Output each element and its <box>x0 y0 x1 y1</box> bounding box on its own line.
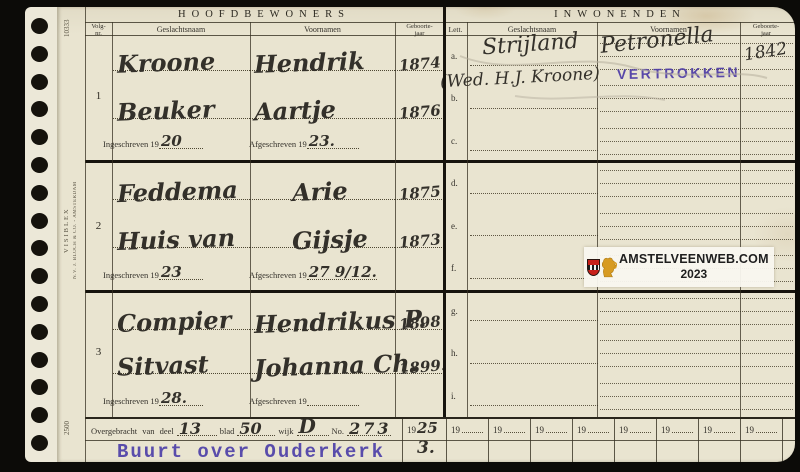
firstname-entry: Arie <box>292 176 349 207</box>
year-cell: 19 <box>614 417 656 440</box>
punch-hole <box>31 213 48 229</box>
grid-line <box>85 7 86 462</box>
year-cell: 19 <box>446 417 488 440</box>
note-3: 3. <box>417 438 435 458</box>
volgnummer: 2 <box>85 220 112 232</box>
no-value: 273 <box>349 419 391 438</box>
surname-entry: Beuker <box>117 94 215 126</box>
hoofdbewoner-block-3: 3 Compier Hendrikus P. 1898 Sitvast Joha… <box>85 294 444 417</box>
afgeschreven-value: 23. <box>309 132 335 150</box>
year-cell-filled: 19 25 <box>402 417 446 440</box>
surname-entry: Feddema <box>117 175 239 208</box>
name-line: Huis van Gijsje 1873 <box>113 214 443 248</box>
watermark-site: AMSTELVEENWEB.COM <box>619 252 769 267</box>
punch-hole <box>31 157 48 173</box>
afgeschreven-label: Afgeschreven 19 <box>249 139 307 149</box>
row-letter: e. <box>451 221 457 231</box>
name-line: Feddema Arie 1875 <box>113 166 443 200</box>
punch-hole <box>31 185 48 201</box>
firstname-entry: Gijsje <box>292 224 369 256</box>
inwonenden-row-d: d. <box>445 162 795 204</box>
admin-line: Ingeschreven 19 23 Afgeschreven 19 27 9/… <box>103 270 433 280</box>
grid-line <box>85 440 795 441</box>
punch-hole-strip <box>25 7 57 462</box>
wijk-label: wijk <box>278 426 293 436</box>
overgebracht-label: Overgebracht van deel <box>91 426 174 436</box>
punch-hole <box>31 74 48 90</box>
grid-line <box>250 22 251 417</box>
watermark-amstelveenweb: AMSTELVEENWEB.COM 2023 <box>584 247 774 287</box>
punch-hole <box>31 296 48 312</box>
section-title-hoofdbewoners: HOOFDBEWONERS <box>178 9 350 20</box>
surname-entry: Sitvast <box>117 349 210 381</box>
ingeschreven-value: 20 <box>161 132 182 150</box>
year-cell: 19 <box>488 417 530 440</box>
firstname-entry: Aartje <box>254 95 337 127</box>
punch-hole <box>31 18 48 34</box>
grid-line <box>85 290 795 293</box>
punch-hole <box>31 46 48 62</box>
birthyear-entry: 1876 <box>398 101 441 123</box>
pencil-scribble <box>455 38 775 108</box>
name-line: Beuker Aartje 1876 <box>113 85 443 119</box>
admin-line: Ingeschreven 19 20 Afgeschreven 19 23. <box>103 139 433 149</box>
year-cell: 19 <box>740 417 782 440</box>
hoofdbewoner-block-1: 1 Kroone Hendrik 1874 Beuker Aartje 1876… <box>85 35 444 161</box>
afgeschreven-value: 27 9/12. <box>309 263 377 281</box>
row-letter: h. <box>451 348 458 358</box>
watermark-year: 2023 <box>681 267 708 281</box>
year-cell: 19 <box>530 417 572 440</box>
firstname-entry: Johanna Ch. <box>254 348 419 383</box>
punch-hole <box>31 324 48 340</box>
deel-value: 13 <box>179 419 201 438</box>
punch-hole <box>31 379 48 395</box>
punch-hole <box>31 240 48 256</box>
hoofdbewoner-block-2: 2 Feddema Arie 1875 Huis van Gijsje 1873… <box>85 164 444 291</box>
afgeschreven-label: Afgeschreven 19 <box>249 396 307 406</box>
amstelveen-shield-icon <box>587 259 600 276</box>
row-letter: i. <box>451 391 456 401</box>
name-line: Sitvast Johanna Ch. 1899. <box>113 340 443 374</box>
punch-hole <box>31 407 48 423</box>
brand-imprint: VISIBLEX <box>63 150 70 310</box>
punch-hole <box>31 129 48 145</box>
inwonenden-row-i: i. <box>445 375 795 417</box>
admin-line: Ingeschreven 19 28. Afgeschreven 19 <box>103 396 433 406</box>
punch-hole <box>31 268 48 284</box>
volgnummer: 1 <box>85 90 112 102</box>
column-header-lett: Lett. <box>444 26 467 35</box>
birthyear-entry: 1899. <box>398 356 446 378</box>
column-header-voornamen-left: Voornamen <box>250 25 395 34</box>
punch-hole <box>31 352 48 368</box>
firstname-entry: Hendrik <box>254 46 366 79</box>
year-cell: 19 <box>698 417 740 440</box>
grid-line <box>395 22 396 417</box>
year-cell-sliver <box>782 417 795 440</box>
inwonenden-row-h: h. <box>445 332 795 374</box>
brand-imprint-sub: N.V. J. BLOCH & CO. - AMSTERDAM <box>73 140 78 320</box>
grid-line <box>85 417 795 419</box>
row-letter: d. <box>451 178 458 188</box>
blad-label: blad <box>220 426 235 436</box>
form-code-top: 10333 <box>63 8 71 48</box>
section-title-inwonenden: INWONENDEN <box>554 9 686 20</box>
year-cell: 19 <box>572 417 614 440</box>
birthyear-entry: 1873 <box>398 230 441 252</box>
grid-line <box>85 35 795 36</box>
lion-icon <box>599 255 617 279</box>
surname-entry: Compier <box>117 305 232 338</box>
name-line: Compier Hendrikus P. 1898 <box>113 296 443 330</box>
birthyear-entry: 1875 <box>398 182 441 204</box>
inwonenden-row-c: c. <box>445 120 795 162</box>
no-label: No. <box>332 426 345 436</box>
column-header-geslachtsnaam-left: Geslachtsnaam <box>112 25 250 34</box>
year-cell-value: 25 <box>417 419 438 437</box>
register-card: 10333 VISIBLEX N.V. J. BLOCH & CO. - AMS… <box>57 7 795 462</box>
afgeschreven-label: Afgeschreven 19 <box>249 270 307 280</box>
buurt-stamp: Buurt over Ouderkerk <box>117 441 385 462</box>
year-cell: 19 <box>656 417 698 440</box>
name-line: Kroone Hendrik 1874 <box>113 37 443 71</box>
inwonenden-row-e: e. <box>445 205 795 247</box>
blad-value: 50 <box>239 419 261 438</box>
grid-line <box>443 7 446 417</box>
watermark-text: AMSTELVEENWEB.COM 2023 <box>619 252 769 281</box>
overgebracht-row: Overgebracht van deel 13 blad 50 wijk D … <box>85 417 403 440</box>
grid-line <box>112 22 113 417</box>
birthyear-entry: 1898 <box>398 312 441 334</box>
grid-line <box>85 22 795 23</box>
volgnummer: 3 <box>85 346 112 358</box>
punch-hole <box>31 435 48 451</box>
form-code-bottom: 2500 <box>63 408 71 448</box>
ingeschreven-value: 28. <box>161 389 187 407</box>
surname-entry: Kroone <box>117 46 216 78</box>
punch-hole <box>31 101 48 117</box>
ingeschreven-value: 23 <box>161 263 182 281</box>
row-letter: f. <box>451 263 456 273</box>
row-letter: g. <box>451 306 458 316</box>
grid-line <box>85 160 795 163</box>
buurt-row: Buurt over Ouderkerk <box>85 440 403 462</box>
birthyear-entry: 1874 <box>398 53 441 75</box>
scanned-register-card: 10333 VISIBLEX N.V. J. BLOCH & CO. - AMS… <box>0 0 800 472</box>
year-cell-lower: 3. <box>402 440 446 462</box>
surname-entry: Huis van <box>117 223 236 256</box>
row-letter: c. <box>451 136 457 146</box>
inwonenden-row-g: g. <box>445 290 795 332</box>
